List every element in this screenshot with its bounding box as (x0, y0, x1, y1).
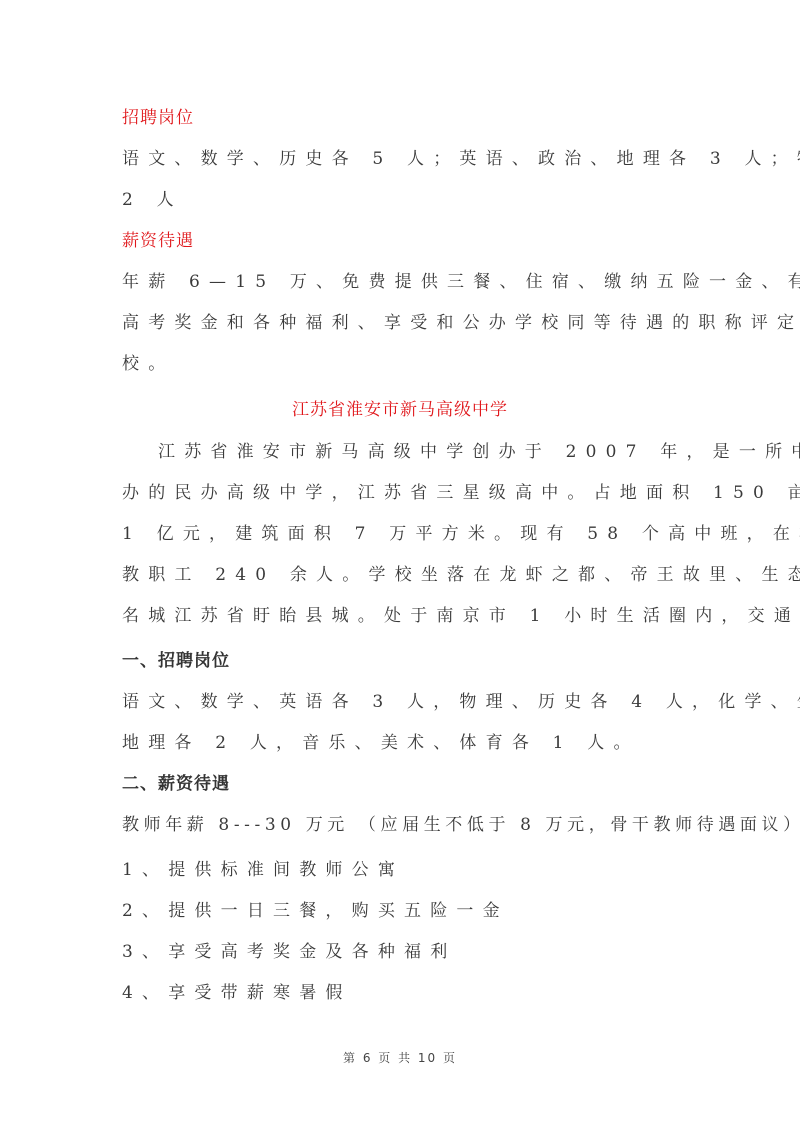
benefit-item: 1、提供标准间教师公寓 (122, 859, 682, 881)
benefit-item: 4、享受带薪寒暑假 (122, 982, 682, 1004)
positions-line: 语文、数学、历史各 5 人；英语、政治、地理各 3 人；物理、化学各 (122, 148, 682, 170)
intro-line: 1 亿元，建筑面积 7 万平方米。现有 58 个高中班，在校生 3000 余人， (122, 523, 682, 545)
heading-salary: 薪资待遇 (122, 230, 682, 252)
positions-line: 地理各 2 人，音乐、美术、体育各 1 人。 (122, 732, 682, 754)
heading-salary-2: 二、薪资待遇 (122, 773, 682, 795)
document-page: 招聘岗位 语文、数学、历史各 5 人；英语、政治、地理各 3 人；物理、化学各 … (0, 0, 800, 1132)
benefit-item: 3、享受高考奖金及各种福利 (122, 941, 682, 963)
intro-line: 江苏省淮安市新马高级中学创办于 2007 年，是一所中外合资创 (122, 441, 682, 463)
salary-line: 教师年薪 8---30 万元 （应届生不低于 8 万元，骨干教师待遇面议） (122, 814, 682, 836)
positions-line: 2 人 (122, 189, 682, 211)
intro-line: 办的民办高级中学，江苏省三星级高中。占地面积 150 亩，一期投资 (122, 482, 682, 504)
page-indicator: 第 6 页 共 10 页 (0, 1049, 800, 1066)
salary-line: 年薪 6—15 万、免费提供三餐、住宿、缴纳五险一金、有绩效考核、 (122, 271, 682, 293)
heading-positions: 招聘岗位 (122, 107, 682, 129)
intro-line: 名城江苏省盱眙县城。处于南京市 1 小时生活圈内，交通极为便利。 (122, 605, 682, 627)
salary-line: 校。 (122, 353, 682, 375)
salary-line: 高考奖金和各种福利、享受和公办学校同等待遇的职称评定和进修学 (122, 312, 682, 334)
heading-positions-2: 一、招聘岗位 (122, 650, 682, 672)
school-title: 江苏省淮安市新马高级中学 (0, 399, 800, 421)
benefit-item: 2、提供一日三餐，购买五险一金 (122, 900, 682, 922)
positions-line: 语文、数学、英语各 3 人，物理、历史各 4 人，化学、生物、政治、 (122, 691, 682, 713)
intro-line: 教职工 240 余人。学校坐落在龙虾之都、帝王故里、生态之乡、山水 (122, 564, 682, 586)
